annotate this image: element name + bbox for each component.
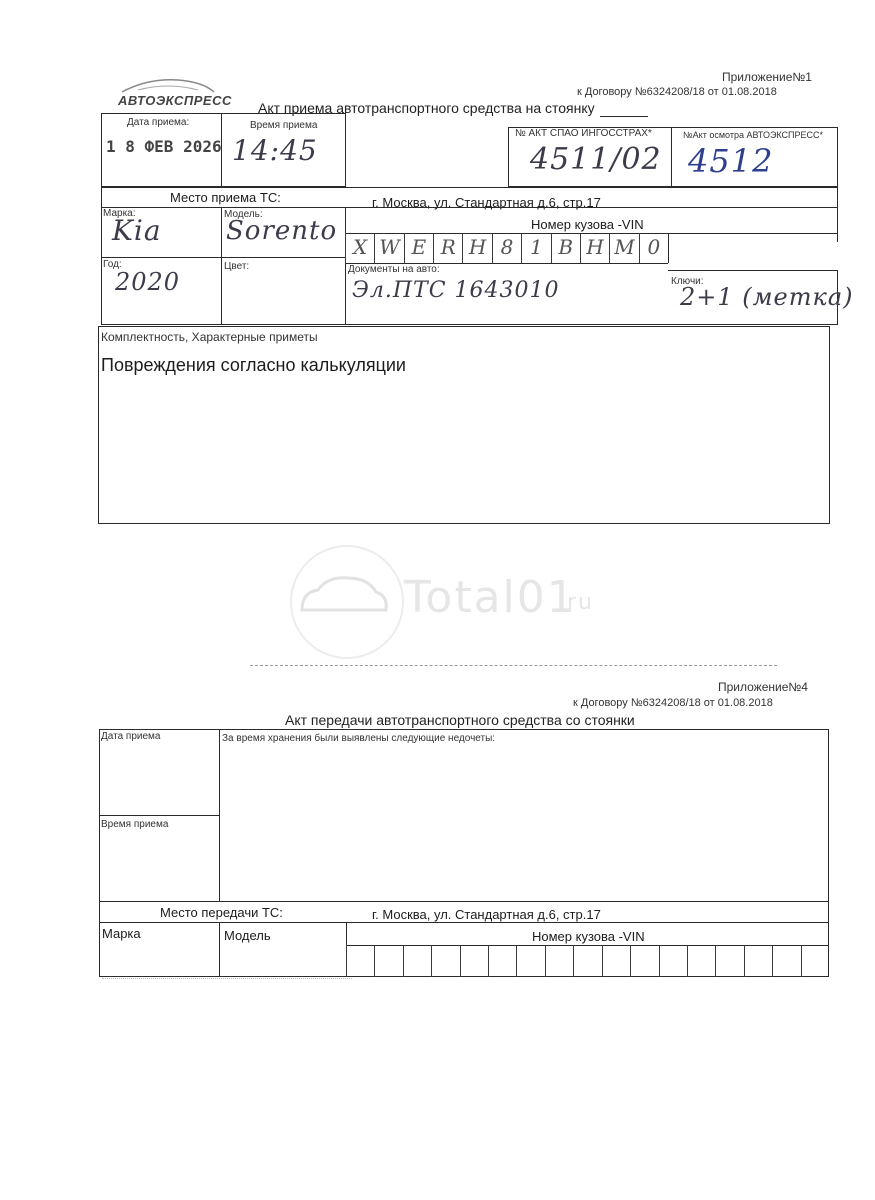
- divider: [219, 729, 220, 901]
- car-icon: [296, 570, 392, 630]
- vin-empty-cell: [431, 945, 459, 977]
- logo-text: АВТОЭКСПРЕСС: [118, 93, 232, 108]
- vin-empty-cell: [346, 945, 374, 977]
- defects-label: За время хранения были выявлены следующи…: [222, 733, 495, 744]
- title-underline: [600, 116, 648, 117]
- vin-empty-cell: [545, 945, 573, 977]
- vin-char-cell: 1: [521, 233, 550, 263]
- transfer-form: [99, 729, 829, 977]
- time-value: 14:45: [232, 134, 318, 167]
- avto-act-value: 4512: [688, 142, 773, 180]
- appendix-number: Приложение№1: [722, 70, 812, 84]
- watermark-text: Total01: [404, 572, 577, 623]
- vin-empty-cell: [744, 945, 772, 977]
- cut-line: [250, 665, 777, 666]
- vin-char-cell: X: [345, 233, 374, 263]
- vin-label: Номер кузова -VIN: [531, 217, 644, 232]
- act-title: Акт передачи автотранспортного средства …: [285, 712, 635, 728]
- footnote: [102, 978, 352, 981]
- vin-empty-cell: [801, 945, 829, 977]
- vin-char-cell: B: [551, 233, 580, 263]
- rule: [99, 815, 219, 816]
- car-silhouette-icon: [118, 76, 218, 94]
- vin-char-cell: R: [433, 233, 462, 263]
- time-label: Время приема: [101, 819, 168, 830]
- date-stamp: 1 8 ФЕВ 2026: [106, 137, 222, 156]
- features-label: Комплектность, Характерные приметы: [101, 330, 318, 344]
- date-label: Дата приема:: [127, 117, 189, 128]
- rule: [99, 922, 829, 923]
- vin-label: Номер кузова -VIN: [532, 929, 645, 944]
- vin-empty-cell: [659, 945, 687, 977]
- vin-char-cell: W: [374, 233, 403, 263]
- year-value: 2020: [115, 268, 180, 296]
- vin-empty-cell: [488, 945, 516, 977]
- contract-reference: к Договору №6324208/18 от 01.08.2018: [577, 86, 777, 98]
- vin-char-cell: H: [462, 233, 491, 263]
- brand-value: Kia: [112, 214, 162, 247]
- vin-empty-cell: [772, 945, 800, 977]
- vin-empty-cell: [630, 945, 658, 977]
- date-label: Дата приема: [101, 731, 160, 742]
- divider: [221, 207, 222, 324]
- model-label: Модель: [224, 928, 271, 943]
- features-value: Повреждения согласно калькуляции: [101, 355, 406, 376]
- vin-empty-cell: [403, 945, 431, 977]
- brand-label: Марка: [102, 926, 141, 941]
- vin-char-cell: H: [580, 233, 609, 263]
- divider: [671, 127, 672, 187]
- divider: [668, 233, 669, 263]
- model-value: Sorento: [226, 216, 337, 246]
- vin-empty-cell: [573, 945, 601, 977]
- rule: [346, 187, 838, 188]
- place-label: Место передачи ТС:: [160, 905, 283, 920]
- color-label: Цвет:: [224, 261, 249, 272]
- time-label: Время приема: [250, 120, 317, 131]
- rule: [101, 324, 838, 325]
- divider: [219, 922, 220, 977]
- place-value: г. Москва, ул. Стандартная д.6, стр.17: [372, 907, 601, 922]
- ingos-act-label: № АКТ СПАО ИНГОССТРАХ*: [515, 128, 652, 139]
- vin-char-cell: 0: [639, 233, 668, 263]
- rule: [101, 187, 346, 188]
- divider: [345, 207, 346, 324]
- docs-value: Эл.ПТС 1643010: [352, 278, 560, 303]
- rule: [101, 257, 345, 258]
- place-label: Место приема ТС:: [170, 190, 281, 205]
- keys-value: 2+1 (метка): [680, 283, 854, 311]
- docs-label: Документы на авто:: [348, 264, 440, 275]
- vin-empty-cell: [715, 945, 743, 977]
- rule: [99, 901, 829, 902]
- vin-empty-cell: [460, 945, 488, 977]
- contract-reference: к Договору №6324208/18 от 01.08.2018: [573, 697, 773, 709]
- vin-empty-cell: [602, 945, 630, 977]
- appendix-number: Приложение№4: [718, 680, 808, 694]
- vin-empty-cell: [374, 945, 402, 977]
- avto-act-label: №Акт осмотра АВТОЭКСПРЕСС*: [683, 130, 823, 140]
- ingos-act-value: 4511/02: [530, 142, 662, 177]
- vin-empty-cell: [516, 945, 544, 977]
- vin-grid: [346, 945, 829, 977]
- vin-char-cell: M: [609, 233, 638, 263]
- vin-char-cell: E: [404, 233, 433, 263]
- vin-grid: XWERH81BHM0: [345, 233, 668, 263]
- vin-empty-cell: [687, 945, 715, 977]
- vin-char-cell: 8: [492, 233, 521, 263]
- watermark-suffix: .ru: [558, 590, 594, 615]
- rule: [101, 207, 838, 208]
